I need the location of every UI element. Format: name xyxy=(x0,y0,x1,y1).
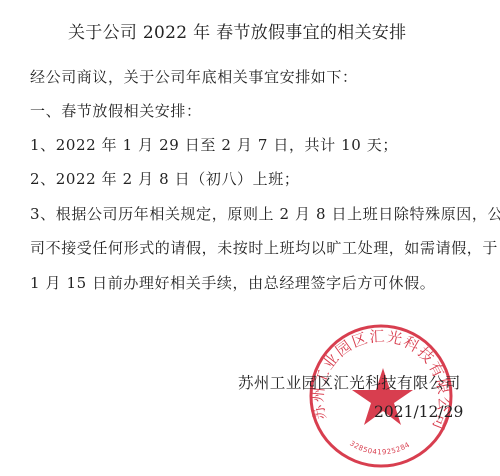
seal-code-text: 3285041925284 xyxy=(348,439,411,456)
paragraph-intro: 经公司商议，关于公司年底相关事宜安排如下： xyxy=(30,66,358,87)
list-item: 1、2022 年 1 月 29 日至 2 月 7 日，共计 10 天； xyxy=(30,134,398,155)
document-title: 关于公司 2022 年 春节放假事宜的相关安排 xyxy=(68,18,406,43)
list-item: 3、根据公司历年相关规定，原则上 2 月 8 日上班日除特殊原因，公 xyxy=(30,203,500,224)
document-date: 2021/12/29 xyxy=(374,403,463,421)
document-page: 关于公司 2022 年 春节放假事宜的相关安排 经公司商议，关于公司年底相关事宜… xyxy=(0,0,500,476)
company-signature: 苏州工业园区汇光科技有限公司 xyxy=(238,371,461,393)
list-item: 2、2022 年 2 月 8 日（初八）上班； xyxy=(30,168,299,189)
list-item-continued: 司不接受任何形式的请假，未按时上班均以旷工处理，如需请假，于 xyxy=(30,237,498,258)
section-heading: 一、春节放假相关安排： xyxy=(30,100,202,121)
svg-text:3285041925284: 3285041925284 xyxy=(348,439,411,456)
company-seal-icon: 苏州工业园区汇光科技有限公司 3285041925284 xyxy=(306,323,456,473)
list-item-continued: 1 月 15 日前办理好相关手续，由总经理签字后方可休假。 xyxy=(30,272,435,293)
